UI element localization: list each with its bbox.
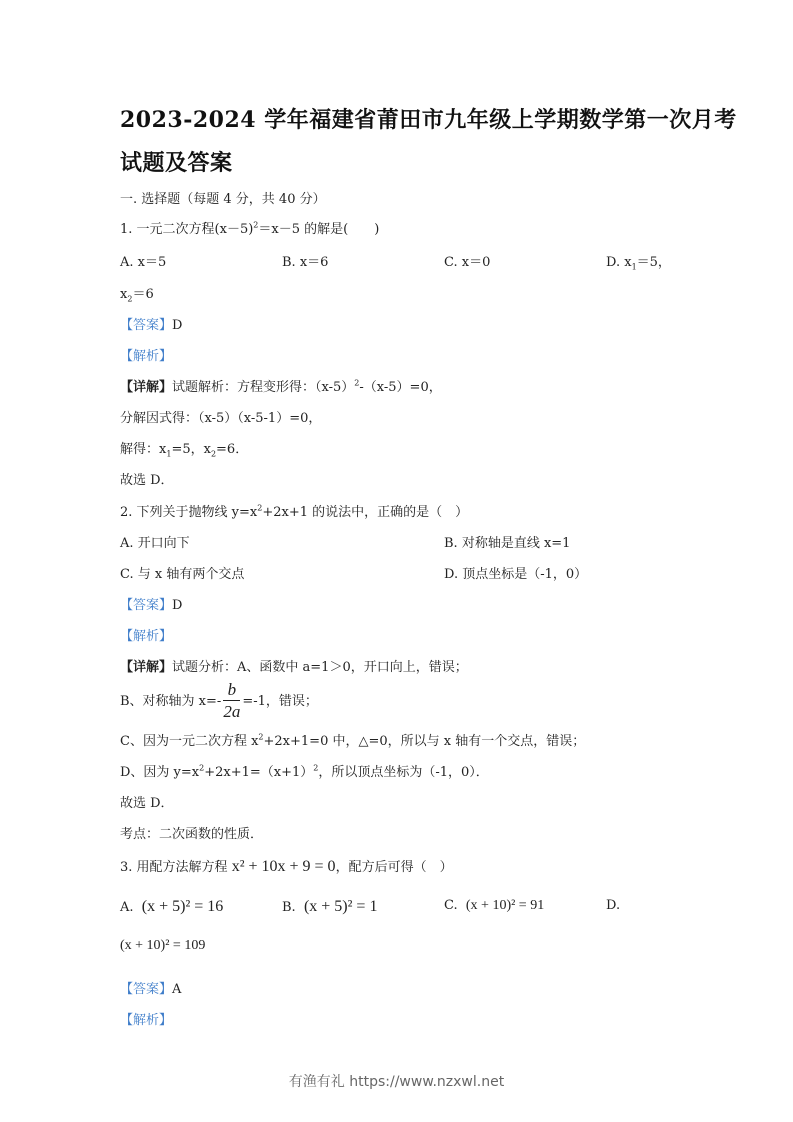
- q2-option-c: C. 与 x 轴有两个交点: [120, 563, 244, 582]
- answer-label: 【答案】: [120, 318, 172, 333]
- q1-analysis-label: 【解析】: [120, 345, 172, 364]
- q2-answer: 【答案】D: [120, 594, 182, 613]
- footer-watermark: 有渔有礼 https://www.nzxwl.net: [0, 1071, 793, 1091]
- answer-value: D: [172, 318, 182, 333]
- option-math: (x + 5)² = 16: [142, 898, 224, 915]
- detail-label: 【详解】: [120, 660, 172, 675]
- q2-option-b: B. 对称轴是直线 x=1: [444, 532, 570, 551]
- document-title-line1: 2023-2024 学年福建省莆田市九年级上学期数学第一次月考: [120, 103, 737, 134]
- q2-d-tail: ，所以顶点坐标为（-1，0）．: [318, 765, 488, 780]
- q2-detail-line3: C、因为一元二次方程 x2+2x+1=0 中，△=0，所以与 x 轴有一个交点，…: [120, 730, 585, 749]
- q1-detail-tail: -（x-5）=0，: [359, 380, 441, 395]
- q3-option-b: B. (x + 5)² = 1: [282, 898, 377, 916]
- q1-option-d-val: ＝5，: [637, 255, 671, 270]
- fraction-b-over-2a: b2a: [223, 680, 240, 723]
- q1-stem-suffix: ＝x－5 的解是( ): [258, 222, 379, 237]
- q1-solve-b: =5，x: [171, 442, 211, 457]
- q1-detail-line3: 解得：x1=5，x2=6．: [120, 438, 248, 457]
- q2-conclusion: 故选 D．: [120, 792, 174, 811]
- q3-stem: 3. 用配方法解方程 x² + 10x + 9 = 0，配方后可得（ ）: [120, 856, 453, 876]
- q3-stem-text: 3. 用配方法解方程: [120, 860, 228, 875]
- q3-answer: 【答案】A: [120, 978, 181, 997]
- document-title-line2: 试题及答案: [120, 146, 233, 177]
- q1-conclusion: 故选 D．: [120, 469, 174, 488]
- q3-analysis-label: 【解析】: [120, 1009, 172, 1028]
- q1-stem-text: 1. 一元二次方程(x－5): [120, 222, 253, 237]
- q2-kaodian: 考点：二次函数的性质．: [120, 823, 263, 842]
- q3-option-d: D.: [606, 898, 620, 913]
- analysis-label: 【解析】: [120, 1013, 172, 1028]
- q1-solve-a: 解得：x: [120, 442, 166, 457]
- q1-detail-line2: 分解因式得：（x-5）（x-5-1）=0，: [120, 407, 321, 426]
- q1-detail-line1: 【详解】试题解析：方程变形得：（x-5）2-（x-5）=0，: [120, 376, 442, 395]
- q1-stem: 1. 一元二次方程(x－5)2＝x－5 的解是( ): [120, 218, 379, 237]
- fraction-numerator: b: [223, 680, 240, 701]
- q2-stem: 2. 下列关于抛物线 y=x2+2x+1 的说法中，正确的是（ ）: [120, 501, 468, 520]
- q2-detail-text: 试题分析：A、函数中 a=1＞0，开口向上，错误；: [172, 660, 468, 675]
- option-label: A.: [120, 900, 134, 915]
- analysis-label: 【解析】: [120, 349, 172, 364]
- q2-stem-text: 2. 下列关于抛物线 y=x: [120, 505, 257, 520]
- answer-label: 【答案】: [120, 982, 172, 997]
- document-page: 2023-2024 学年福建省莆田市九年级上学期数学第一次月考 试题及答案 一.…: [0, 0, 793, 1122]
- q1-option-d: D. x1＝5，: [606, 251, 671, 270]
- q2-analysis-label: 【解析】: [120, 625, 172, 644]
- section-heading: 一. 选择题（每题 4 分，共 40 分）: [120, 188, 326, 207]
- q2-stem-suffix: +2x+1 的说法中，正确的是（ ）: [262, 505, 468, 520]
- q2-d-mid: +2x+1=（x+1）: [204, 765, 313, 780]
- q1-option-d-val2: ＝6: [132, 287, 153, 302]
- analysis-label: 【解析】: [120, 629, 172, 644]
- option-label: C.: [444, 898, 458, 913]
- q2-d-text: D、因为 y=x: [120, 765, 199, 780]
- q1-detail-text: 试题解析：方程变形得：（x-5）: [172, 380, 354, 395]
- q3-equation: x² + 10x + 9 = 0: [232, 858, 336, 875]
- q2-c-tail: +2x+1=0 中，△=0，所以与 x 轴有一个交点，错误；: [264, 734, 586, 749]
- q2-c-text: C、因为一元二次方程 x: [120, 734, 258, 749]
- option-label: B.: [282, 900, 296, 915]
- q3-option-d-math: (x + 10)² = 109: [120, 938, 205, 954]
- q2-axis-result: =-1，错误；: [242, 694, 318, 709]
- q1-answer: 【答案】D: [120, 314, 182, 333]
- answer-label: 【答案】: [120, 598, 172, 613]
- q2-detail-line2: B、对称轴为 x=-b2a=-1，错误；: [120, 680, 318, 723]
- detail-label: 【详解】: [120, 380, 172, 395]
- q1-option-c: C. x＝0: [444, 251, 490, 270]
- q3-stem-suffix: ，配方后可得（ ）: [336, 860, 453, 875]
- q3-option-a: A. (x + 5)² = 16: [120, 898, 223, 916]
- q3-option-c: C. (x + 10)² = 91: [444, 898, 544, 914]
- q1-option-d-text: D. x: [606, 255, 632, 270]
- q1-option-a: A. x＝5: [120, 251, 166, 270]
- q1-option-b: B. x＝6: [282, 251, 328, 270]
- option-math: (x + 10)² = 91: [466, 898, 544, 913]
- q1-solve-c: =6．: [216, 442, 248, 457]
- q2-detail-line4: D、因为 y=x2+2x+1=（x+1）2，所以顶点坐标为（-1，0）．: [120, 761, 489, 780]
- q2-axis-text: B、对称轴为 x=-: [120, 694, 221, 709]
- option-label: D.: [606, 898, 620, 913]
- answer-value: D: [172, 598, 182, 613]
- option-math: (x + 5)² = 1: [304, 898, 378, 915]
- q2-option-a: A. 开口向下: [120, 532, 190, 551]
- q2-option-d: D. 顶点坐标是（-1，0）: [444, 563, 587, 582]
- q1-option-d-line2: x2＝6: [120, 283, 154, 302]
- q2-detail-line1: 【详解】试题分析：A、函数中 a=1＞0，开口向上，错误；: [120, 656, 468, 675]
- answer-value: A: [172, 982, 181, 997]
- option-math: (x + 10)² = 109: [120, 938, 205, 953]
- fraction-denominator: 2a: [223, 701, 240, 723]
